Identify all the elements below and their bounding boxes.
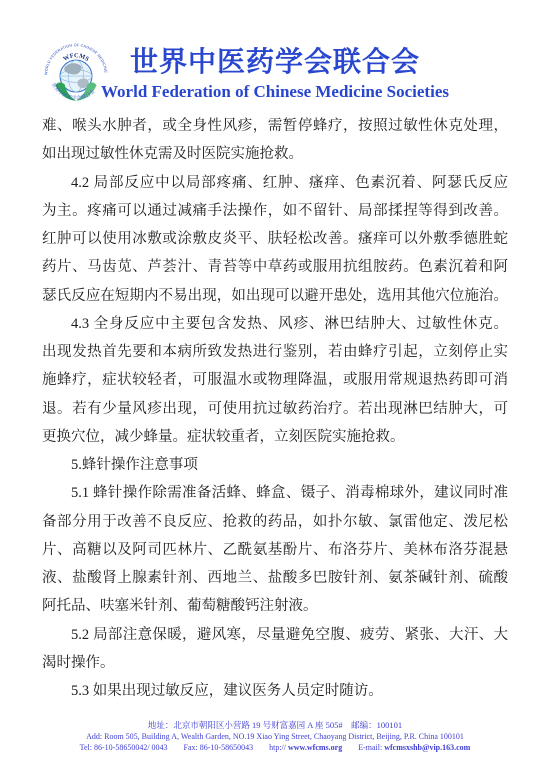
body-line: 出现发热首先要和本病所致发热进行鉴别，若由蜂疗引起，立刻停止实 bbox=[42, 338, 508, 366]
footer-web-url: www.wfcms.org bbox=[288, 743, 342, 752]
body-line: 5.蜂针操作注意事项 bbox=[42, 451, 508, 479]
document-page: WORLD FEDERATION OF CHINESE MEDICINE SOC… bbox=[0, 0, 550, 777]
footer-web-prefix: htp:// bbox=[269, 743, 288, 752]
org-title-zh: 世界中医药学会联合会 bbox=[0, 46, 550, 78]
footer-email: E-mail: wfcmsxshb@vip.163.com bbox=[358, 743, 470, 752]
footer-fax: Fax: 86-10-58650043 bbox=[184, 743, 254, 752]
body-line: 5.3 如果出现过敏反应，建议医务人员定时随访。 bbox=[42, 677, 508, 705]
footer-address-zh: 地址：北京市朝阳区小营路 19 号财富嘉园 A 座 505# 邮编：100101 bbox=[0, 720, 550, 731]
body-line: 更换穴位，减少蜂量。症状较重者，立刻医院实施抢救。 bbox=[42, 423, 508, 451]
footer-contact-line: Tel: 86-10-58650042/ 0043 Fax: 86-10-586… bbox=[0, 742, 550, 753]
letterhead: WORLD FEDERATION OF CHINESE MEDICINE SOC… bbox=[0, 0, 550, 112]
body-line: 备部分用于改善不良反应、抢救的药品，如扑尔敏、氯雷他定、泼尼松 bbox=[42, 508, 508, 536]
footer-email-address: wfcmsxshb@vip.163.com bbox=[384, 743, 470, 752]
body-line: 为主。疼痛可以通过减痛手法操作，如不留针、局部揉捏等得到改善。 bbox=[42, 197, 508, 225]
body-line: 4.3 全身反应中主要包含发热、风疹、淋巴结肿大、过敏性休克。 bbox=[42, 310, 508, 338]
body-line: 渴时操作。 bbox=[42, 649, 508, 677]
footer-tel: Tel: 86-10-58650042/ 0043 bbox=[80, 743, 168, 752]
body-line: 如出现过敏性休克需及时医院实施抢救。 bbox=[42, 140, 508, 168]
body-line: 难、喉头水肿者，或全身性风疹，需暂停蜂疗，按照过敏性休克处理， bbox=[42, 112, 508, 140]
body-line: 施蜂疗，症状较轻者，可服温水或物理降温，或服用常规退热药即可消 bbox=[42, 366, 508, 394]
body-line: 退。若有少量风疹出现，可使用抗过敏药治疗。若出现淋巴结肿大，可 bbox=[42, 395, 508, 423]
org-titles: 世界中医药学会联合会 World Federation of Chinese M… bbox=[0, 46, 550, 103]
footer-address-en: Add: Room 505, Building A, Wealth Garden… bbox=[0, 731, 550, 742]
body-line: 瑟氏反应在短期内不易出现，如出现可以避开患处，选用其他穴位施治。 bbox=[42, 282, 508, 310]
body-line: 片、高糖以及阿司匹林片、乙酰氨基酚片、布洛芬片、美林布洛芬混悬 bbox=[42, 536, 508, 564]
body-line: 阿托品、呋塞米针剂、葡萄糖酸钙注射液。 bbox=[42, 592, 508, 620]
letterhead-footer: 地址：北京市朝阳区小营路 19 号财富嘉园 A 座 505# 邮编：100101… bbox=[0, 720, 550, 753]
body-line: 药片、马齿苋、芦荟汁、青苔等中草药或服用抗组胺药。色素沉着和阿 bbox=[42, 253, 508, 281]
org-title-en: World Federation of Chinese Medicine Soc… bbox=[0, 81, 550, 103]
footer-email-label: E-mail: bbox=[358, 743, 384, 752]
body-line: 5.2 局部注意保暖，避风寒，尽量避免空腹、疲劳、紧张、大汗、大 bbox=[42, 621, 508, 649]
footer-web: htp:// www.wfcms.org bbox=[269, 743, 342, 752]
document-body: 难、喉头水肿者，或全身性风疹，需暂停蜂疗，按照过敏性休克处理， 如出现过敏性休克… bbox=[42, 112, 508, 705]
body-line: 4.2 局部反应中以局部疼痛、红肿、瘙痒、色素沉着、阿瑟氏反应 bbox=[42, 169, 508, 197]
body-line: 5.1 蜂针操作除需准备活蜂、蜂盒、镊子、消毒棉球外，建议同时准 bbox=[42, 479, 508, 507]
body-line: 红肿可以使用冰敷或涂敷皮炎平、肤轻松改善。瘙痒可以外敷季德胜蛇 bbox=[42, 225, 508, 253]
body-line: 液、盐酸肾上腺素针剂、西地兰、盐酸多巴胺针剂、氨茶碱针剂、硫酸 bbox=[42, 564, 508, 592]
